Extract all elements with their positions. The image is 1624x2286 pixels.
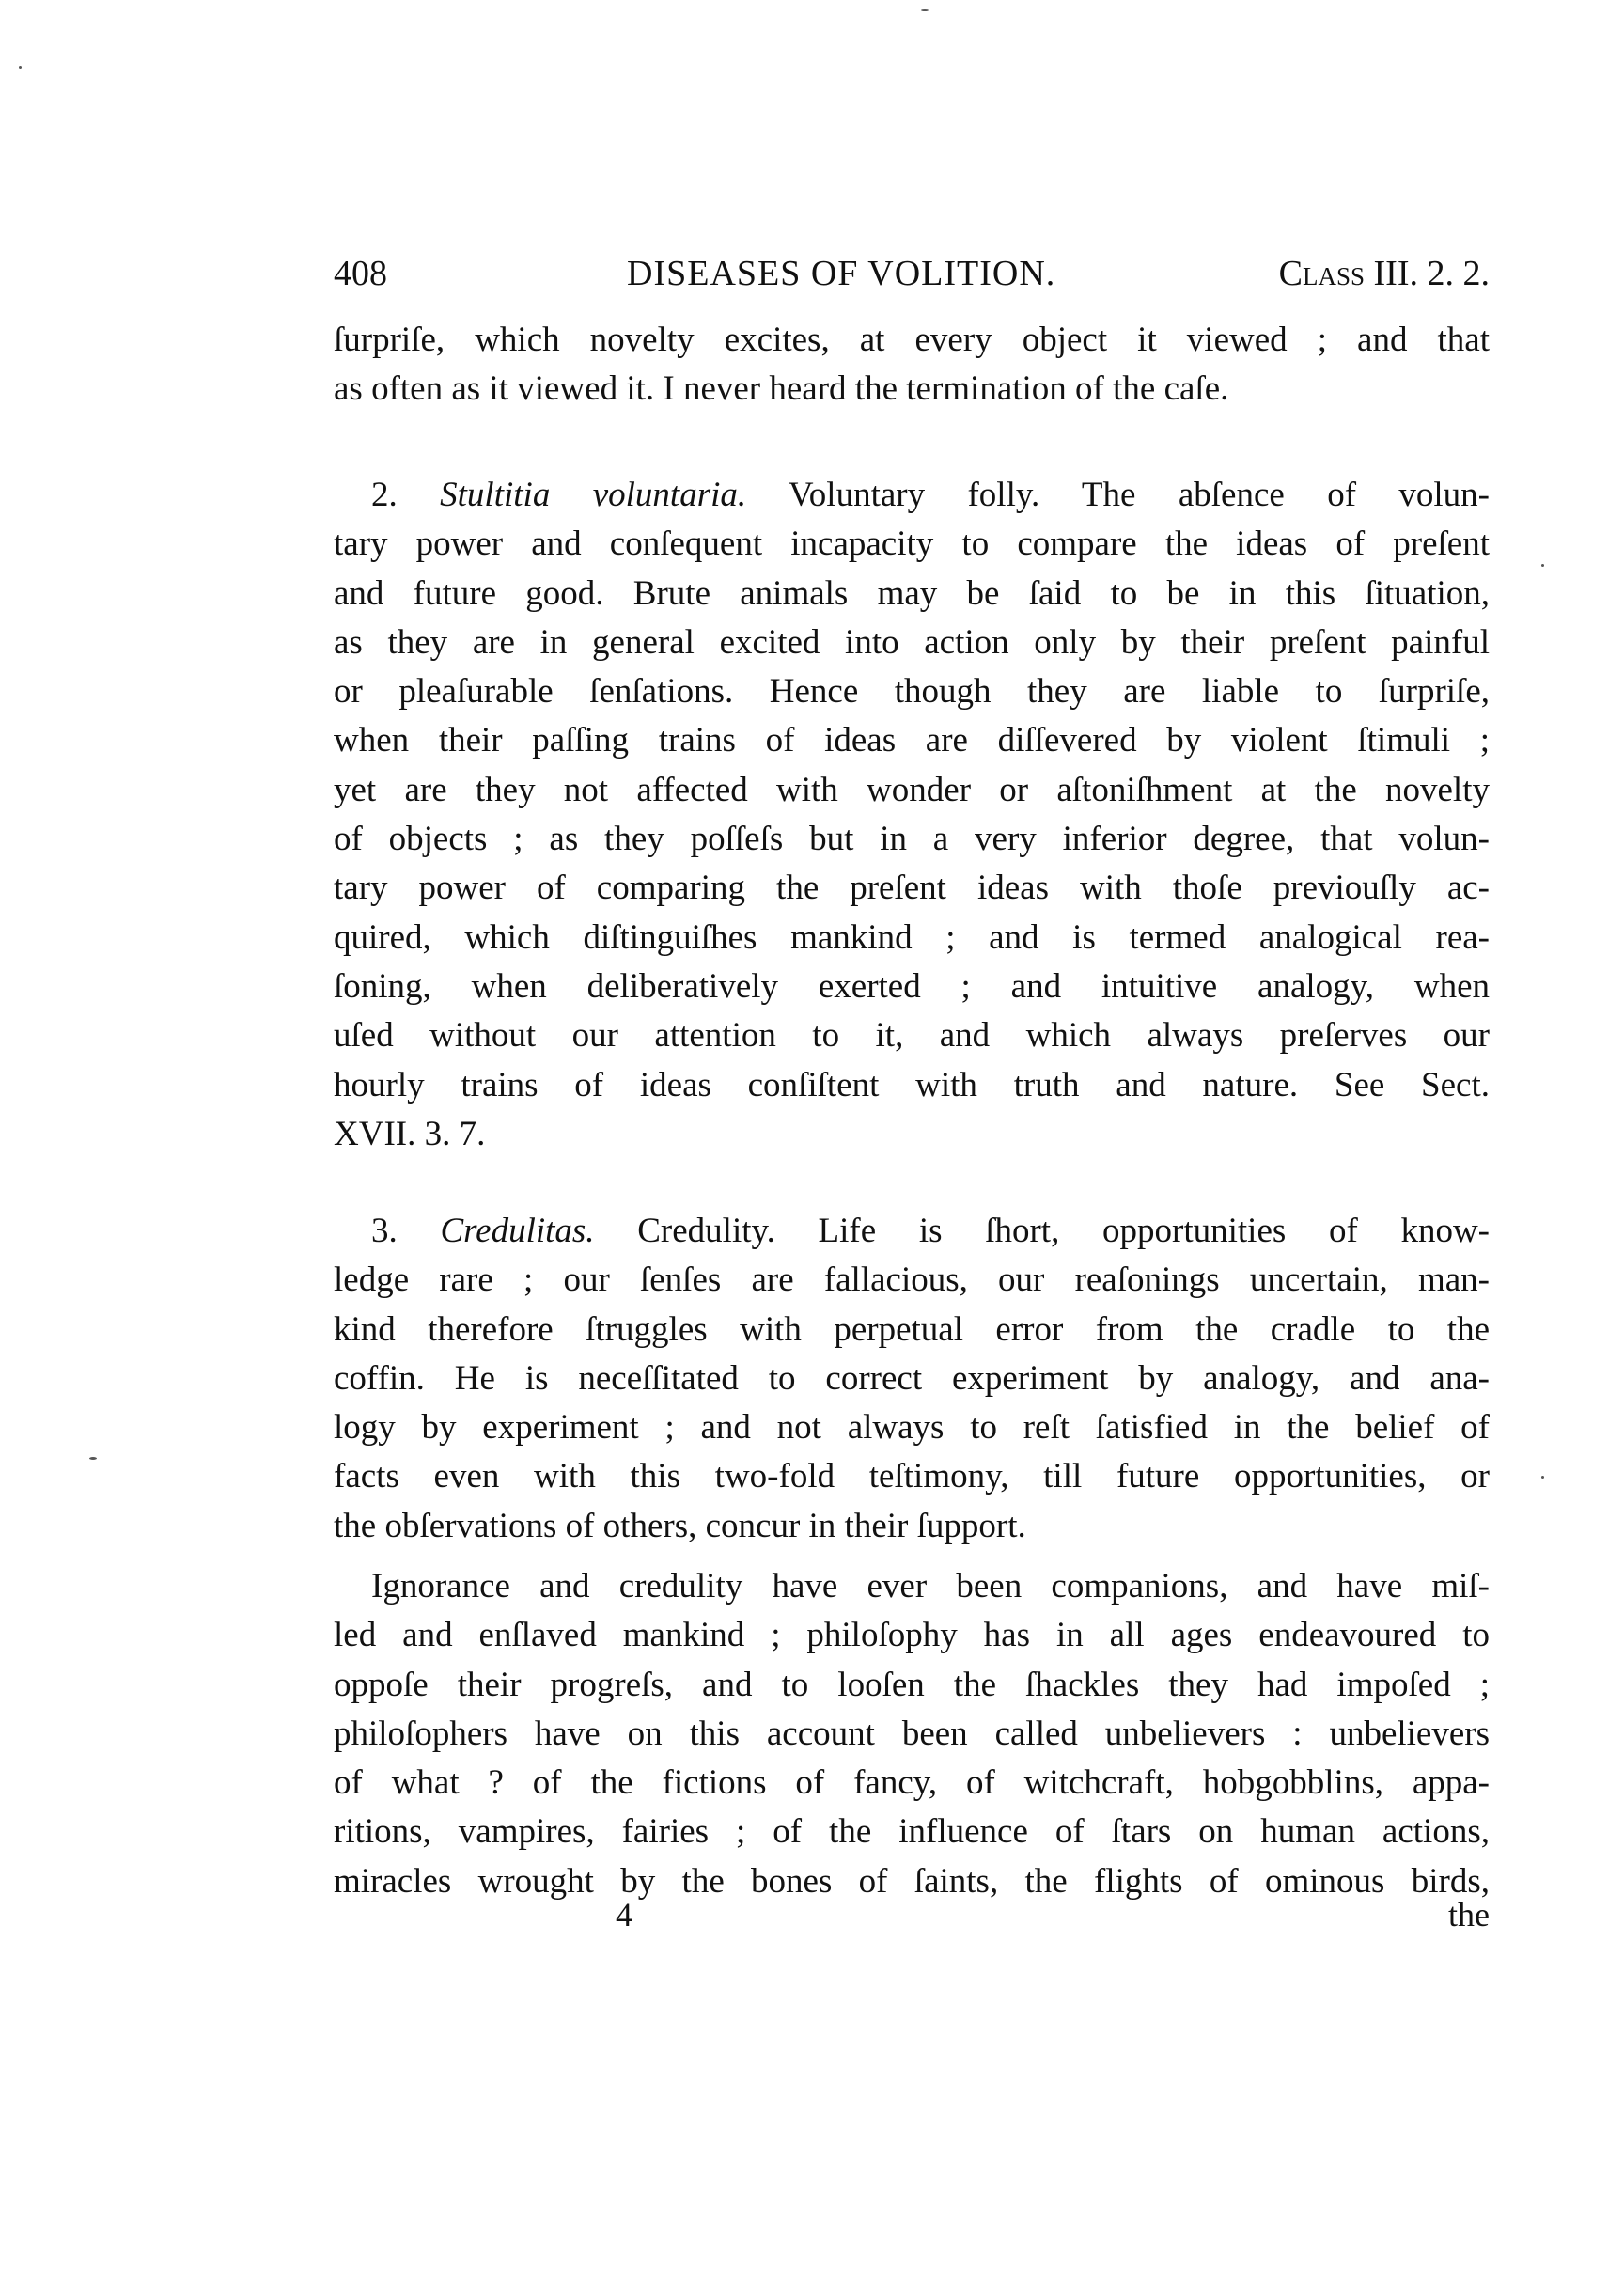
continuation-paragraph: ſurpriſe, which novelty excites, at ever…: [334, 316, 1490, 415]
latin-term: Stultitia voluntaria.: [440, 476, 746, 514]
text-line: kind therefore ſtruggles with perpetual …: [334, 1306, 1490, 1354]
page-number: 408: [334, 250, 387, 297]
text-line: or pleaſurable ſenſations. Hence though …: [334, 667, 1490, 716]
text-line: XVII. 3. 7.: [334, 1110, 1490, 1159]
text-fragment: Voluntary folly. The abſence of volun-: [746, 476, 1490, 514]
text-line: and future good. Brute animals may be ſa…: [334, 570, 1490, 618]
scan-speck: [921, 9, 929, 11]
text-line: of objects ; as they poſſeſs but in a ve…: [334, 815, 1490, 864]
text-line: as they are in general excited into acti…: [334, 618, 1490, 667]
text-line: ledge rare ; our ſenſes are fallacious, …: [334, 1256, 1490, 1305]
text-line: when their paſſing trains of ideas are d…: [334, 716, 1490, 765]
text-line: tary power of comparing the preſent idea…: [334, 864, 1490, 913]
section-number: 3.: [371, 1212, 398, 1250]
scan-speck: [1541, 1476, 1544, 1479]
class-reference: Class III. 2. 2.: [1279, 250, 1490, 297]
text-line: tary power and conſequent incapacity to …: [334, 520, 1490, 569]
text-line: ritions, vampires, fairies ; of the infl…: [334, 1808, 1490, 1856]
ignorance-paragraph: Ignorance and credulity have ever been c…: [334, 1562, 1490, 1906]
text-line: ſoning, when deliberatively exerted ; an…: [334, 963, 1490, 1011]
scan-speck: [1541, 564, 1544, 567]
page-footer: 4 the: [334, 1891, 1490, 1938]
scan-speck: [89, 1457, 97, 1460]
signature-mark: 4: [616, 1891, 632, 1938]
text-line: as often as it viewed it. I never heard …: [334, 365, 1490, 414]
text-line: oppoſe their progreſs, and to looſen the…: [334, 1661, 1490, 1710]
text-line: hourly trains of ideas conſiſtent with t…: [334, 1061, 1490, 1110]
text-line: uſed without our attention to it, and wh…: [334, 1011, 1490, 1060]
section-stultitia-voluntaria: 2. Stultitia voluntaria. Voluntary folly…: [334, 471, 1490, 1159]
text-line: yet are they not affected with wonder or…: [334, 766, 1490, 815]
text-fragment: Credulity. Life is ſhort, opportunities …: [595, 1212, 1490, 1250]
section-credulitas: 3. Credulitas. Credulity. Life is ſhort,…: [334, 1207, 1490, 1551]
text-line: quired, which diſtinguiſhes mankind ; an…: [334, 914, 1490, 963]
latin-term: Credulitas.: [440, 1212, 594, 1250]
text-line: logy by experiment ; and not always to r…: [334, 1403, 1490, 1452]
running-title: DISEASES OF VOLITION.: [627, 250, 1055, 297]
text-line: of what ? of the fictions of fancy, of w…: [334, 1759, 1490, 1808]
text-line: the obſervations of others, concur in th…: [334, 1502, 1490, 1551]
text-line: philoſophers have on this account been c…: [334, 1710, 1490, 1759]
book-page: 408 DISEASES OF VOLITION. Class III. 2. …: [0, 0, 1624, 2286]
section-heading-line: 3. Credulitas. Credulity. Life is ſhort,…: [334, 1207, 1490, 1256]
running-header: 408 DISEASES OF VOLITION. Class III. 2. …: [334, 250, 1490, 297]
section-number: 2.: [371, 476, 398, 514]
text-line: coffin. He is neceſſitated to correct ex…: [334, 1354, 1490, 1403]
text-line: facts even with this two-fold teſtimony,…: [334, 1452, 1490, 1501]
text-line: Ignorance and credulity have ever been c…: [334, 1562, 1490, 1611]
text-line: led and enſlaved mankind ; philoſophy ha…: [334, 1611, 1490, 1660]
text-line: ſurpriſe, which novelty excites, at ever…: [334, 316, 1490, 365]
catchword: the: [1448, 1891, 1490, 1938]
section-heading-line: 2. Stultitia voluntaria. Voluntary folly…: [334, 471, 1490, 520]
scan-speck: [19, 66, 22, 69]
